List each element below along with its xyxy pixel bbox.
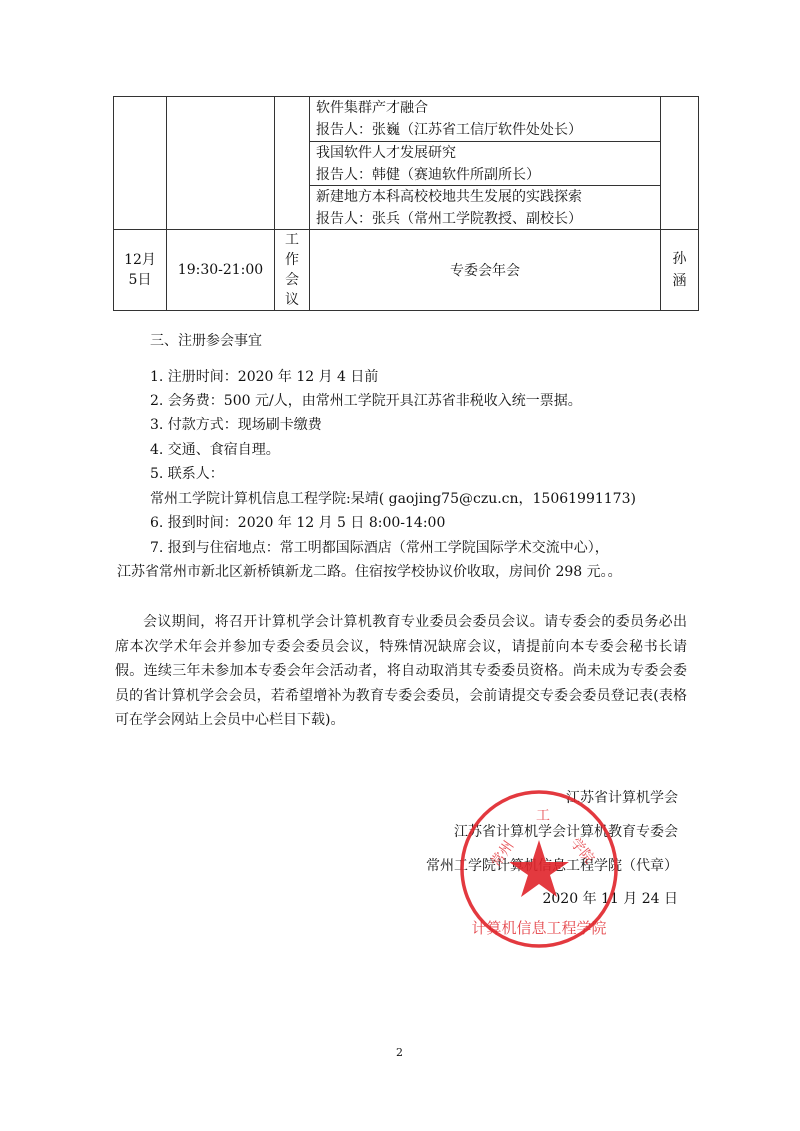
svg-text:工: 工	[536, 808, 550, 824]
talk-list: 软件集群产才融合 报告人：张巍（江苏省工信厅软件处处长） 我国软件人才发展研究 …	[310, 97, 661, 230]
table-row: 软件集群产才融合 报告人：张巍（江苏省工信厅软件处处长） 我国软件人才发展研究 …	[114, 97, 699, 230]
talk-item: 我国软件人才发展研究 报告人：韩健（赛迪软件所副所长）	[310, 141, 660, 185]
svg-text:计算机信息工程学院: 计算机信息工程学院	[471, 919, 606, 937]
talk-speaker: 报告人：韩健（赛迪软件所副所长）	[316, 164, 654, 186]
list-item: 7. 报到与住宿地点：常工明都国际酒店（常州工学院国际学术交流中心），	[150, 538, 609, 558]
schedule-table: 软件集群产才融合 报告人：张巍（江苏省工信厅软件处处长） 我国软件人才发展研究 …	[113, 96, 699, 311]
document-page: 软件集群产才融合 报告人：张巍（江苏省工信厅软件处处长） 我国软件人才发展研究 …	[0, 0, 800, 1131]
talk-speaker: 报告人：张兵（常州工学院教授、副校长）	[316, 208, 654, 230]
svg-text:常州: 常州	[487, 838, 517, 871]
talk-speaker: 报告人：张巍（江苏省工信厅软件处处长）	[316, 119, 654, 141]
talk-title: 新建地方本科高校校地共生发展的实践探索	[316, 186, 654, 208]
contact-line: 常州工学院计算机信息工程学院:杲靖( gaojing75@czu.cn，1506…	[150, 489, 636, 509]
talk-title: 软件集群产才融合	[316, 97, 654, 119]
list-item: 4. 交通、食宿自理。	[150, 440, 280, 460]
list-item: 6. 报到时间：2020 年 12 月 5 日 8:00-14:00	[150, 513, 445, 533]
list-item: 2. 会务费：500 元/人，由常州工学院开具江苏省非税收入统一票据。	[150, 391, 582, 411]
topic-cell: 专委会年会	[310, 230, 661, 311]
list-item: 1. 注册时间：2020 年 12 月 4 日前	[150, 367, 378, 387]
page-number: 2	[396, 1046, 403, 1059]
type-cell: 工 作 会 议	[275, 230, 310, 311]
notice-paragraph: 会议期间，将召开计算机学会计算机教育专业委员会委员会议。请专委会的委员务必出席本…	[115, 610, 687, 733]
section-heading: 三、注册参会事宜	[150, 331, 262, 351]
list-item: 3. 付款方式：现场刷卡缴费	[150, 415, 322, 435]
list-item: 5. 联系人：	[150, 464, 224, 484]
talk-item: 新建地方本科高校校地共生发展的实践探索 报告人：张兵（常州工学院教授、副校长）	[310, 185, 660, 229]
talk-item: 软件集群产才融合 报告人：张巍（江苏省工信厅软件处处长）	[310, 97, 660, 141]
official-seal-icon: 计算机信息工程学院 常州 工 学院	[458, 788, 620, 950]
talk-title: 我国软件人才发展研究	[316, 142, 654, 164]
list-item-continuation: 江苏省常州市新北区新桥镇新龙二路。住宿按学校协议价收取，房间价 298 元。。	[117, 562, 622, 582]
time-cell: 19:30-21:00	[167, 230, 275, 311]
table-row: 12月 5日 19:30-21:00 工 作 会 议 专委会年会 孙 涵	[114, 230, 699, 311]
date-cell: 12月 5日	[114, 230, 167, 311]
svg-text:学院: 学院	[567, 835, 597, 867]
host-cell: 孙 涵	[661, 230, 699, 311]
